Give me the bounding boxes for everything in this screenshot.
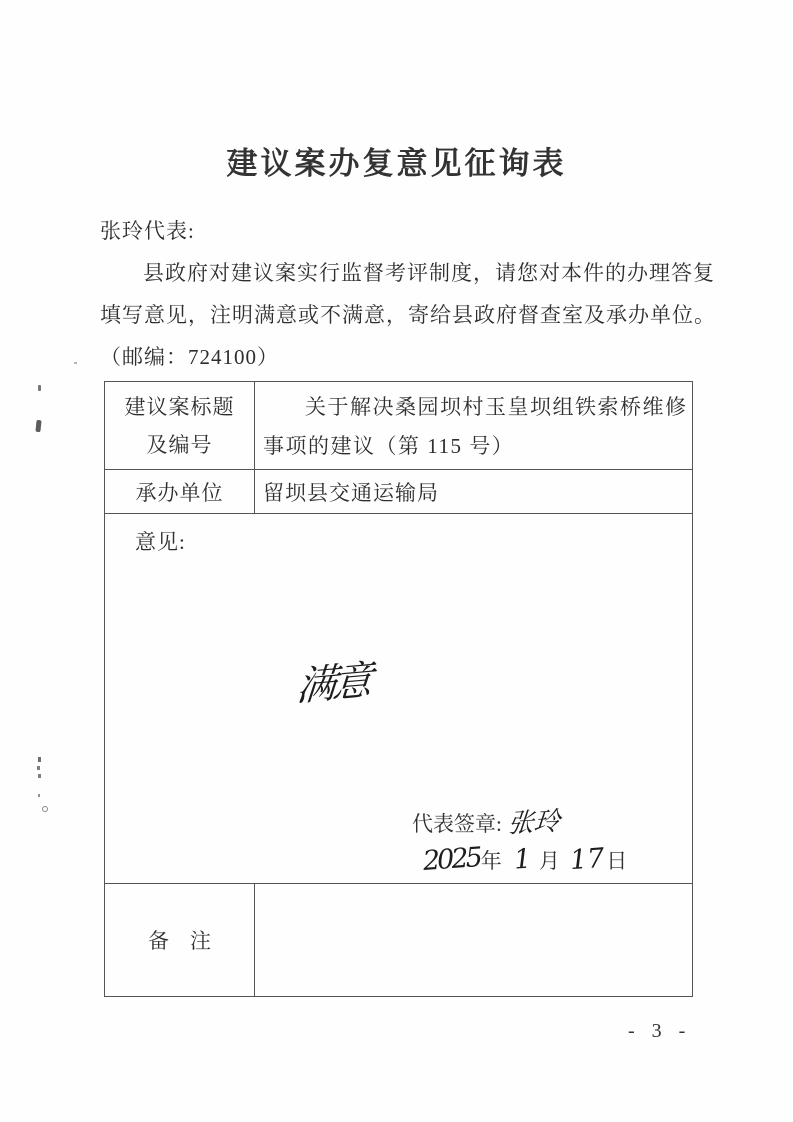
proposal-title-label: 建议案标题 及编号	[105, 382, 255, 469]
handling-unit-label: 承办单位	[105, 470, 255, 513]
handling-unit-value: 留坝县交通运输局	[255, 470, 692, 513]
scan-artifact	[42, 806, 48, 812]
scan-artifact	[38, 794, 40, 797]
remark-value	[255, 884, 692, 996]
scan-artifact	[38, 385, 41, 391]
page-number: - 3 -	[628, 1020, 691, 1043]
document-title: 建议案办复意见征询表	[0, 138, 793, 183]
year-label: 年	[481, 849, 502, 873]
table-row-handling-unit: 承办单位 留坝县交通运输局	[105, 470, 692, 514]
remark-label: 备 注	[105, 884, 255, 996]
opinion-label: 意见:	[135, 526, 186, 556]
body-line-2: 填写意见，注明满意或不满意，寄给县政府督查室及承办单位。	[100, 294, 700, 336]
consultation-form-table: 建议案标题 及编号 关于解决桑园坝村玉皇坝组铁索桥维修 事项的建议（第 115 …	[104, 381, 693, 997]
letter-body: 张玲代表: 县政府对建议案实行监督考评制度，请您对本件的办理答复 填写意见，注明…	[100, 210, 700, 378]
handwritten-signature: 张玲	[506, 801, 561, 841]
proposal-title-value-line2: 事项的建议（第 115 号）	[255, 427, 692, 466]
scan-artifact	[35, 420, 41, 432]
proposal-title-label-line1: 建议案标题	[125, 388, 235, 426]
handwritten-opinion: 满意	[295, 649, 372, 713]
table-row-remark: 备 注	[105, 884, 692, 996]
handwritten-day: 17	[569, 843, 605, 876]
proposal-title-value: 关于解决桑园坝村玉皇坝组铁索桥维修 事项的建议（第 115 号）	[255, 382, 692, 469]
handwritten-month: 1	[513, 843, 532, 875]
scanned-document-page: 建议案办复意见征询表 张玲代表: 县政府对建议案实行监督考评制度，请您对本件的办…	[0, 0, 793, 1122]
proposal-title-label-line2: 及编号	[147, 426, 213, 464]
table-row-opinion: 意见: 满意 代表签章:张玲 2025年1月17日	[105, 514, 692, 884]
month-label: 月	[539, 849, 560, 873]
scan-artifact	[37, 766, 40, 770]
table-row-proposal-title: 建议案标题 及编号 关于解决桑园坝村玉皇坝组铁索桥维修 事项的建议（第 115 …	[105, 382, 692, 470]
signature-date-line: 2025年1月17日	[423, 844, 627, 875]
day-label: 日	[606, 849, 627, 873]
body-line-1: 县政府对建议案实行监督考评制度，请您对本件的办理答复	[100, 252, 700, 294]
signature-label: 代表签章:	[412, 812, 502, 836]
salutation: 张玲代表:	[100, 210, 700, 252]
scan-artifact	[38, 757, 41, 762]
signature-line: 代表签章:张玲	[412, 802, 560, 839]
scan-artifact	[74, 362, 77, 364]
body-line-3: （邮编：724100）	[100, 336, 700, 378]
handwritten-year: 2025	[422, 842, 481, 877]
proposal-title-value-line1: 关于解决桑园坝村玉皇坝组铁索桥维修	[255, 388, 692, 427]
scan-artifact	[38, 774, 41, 778]
